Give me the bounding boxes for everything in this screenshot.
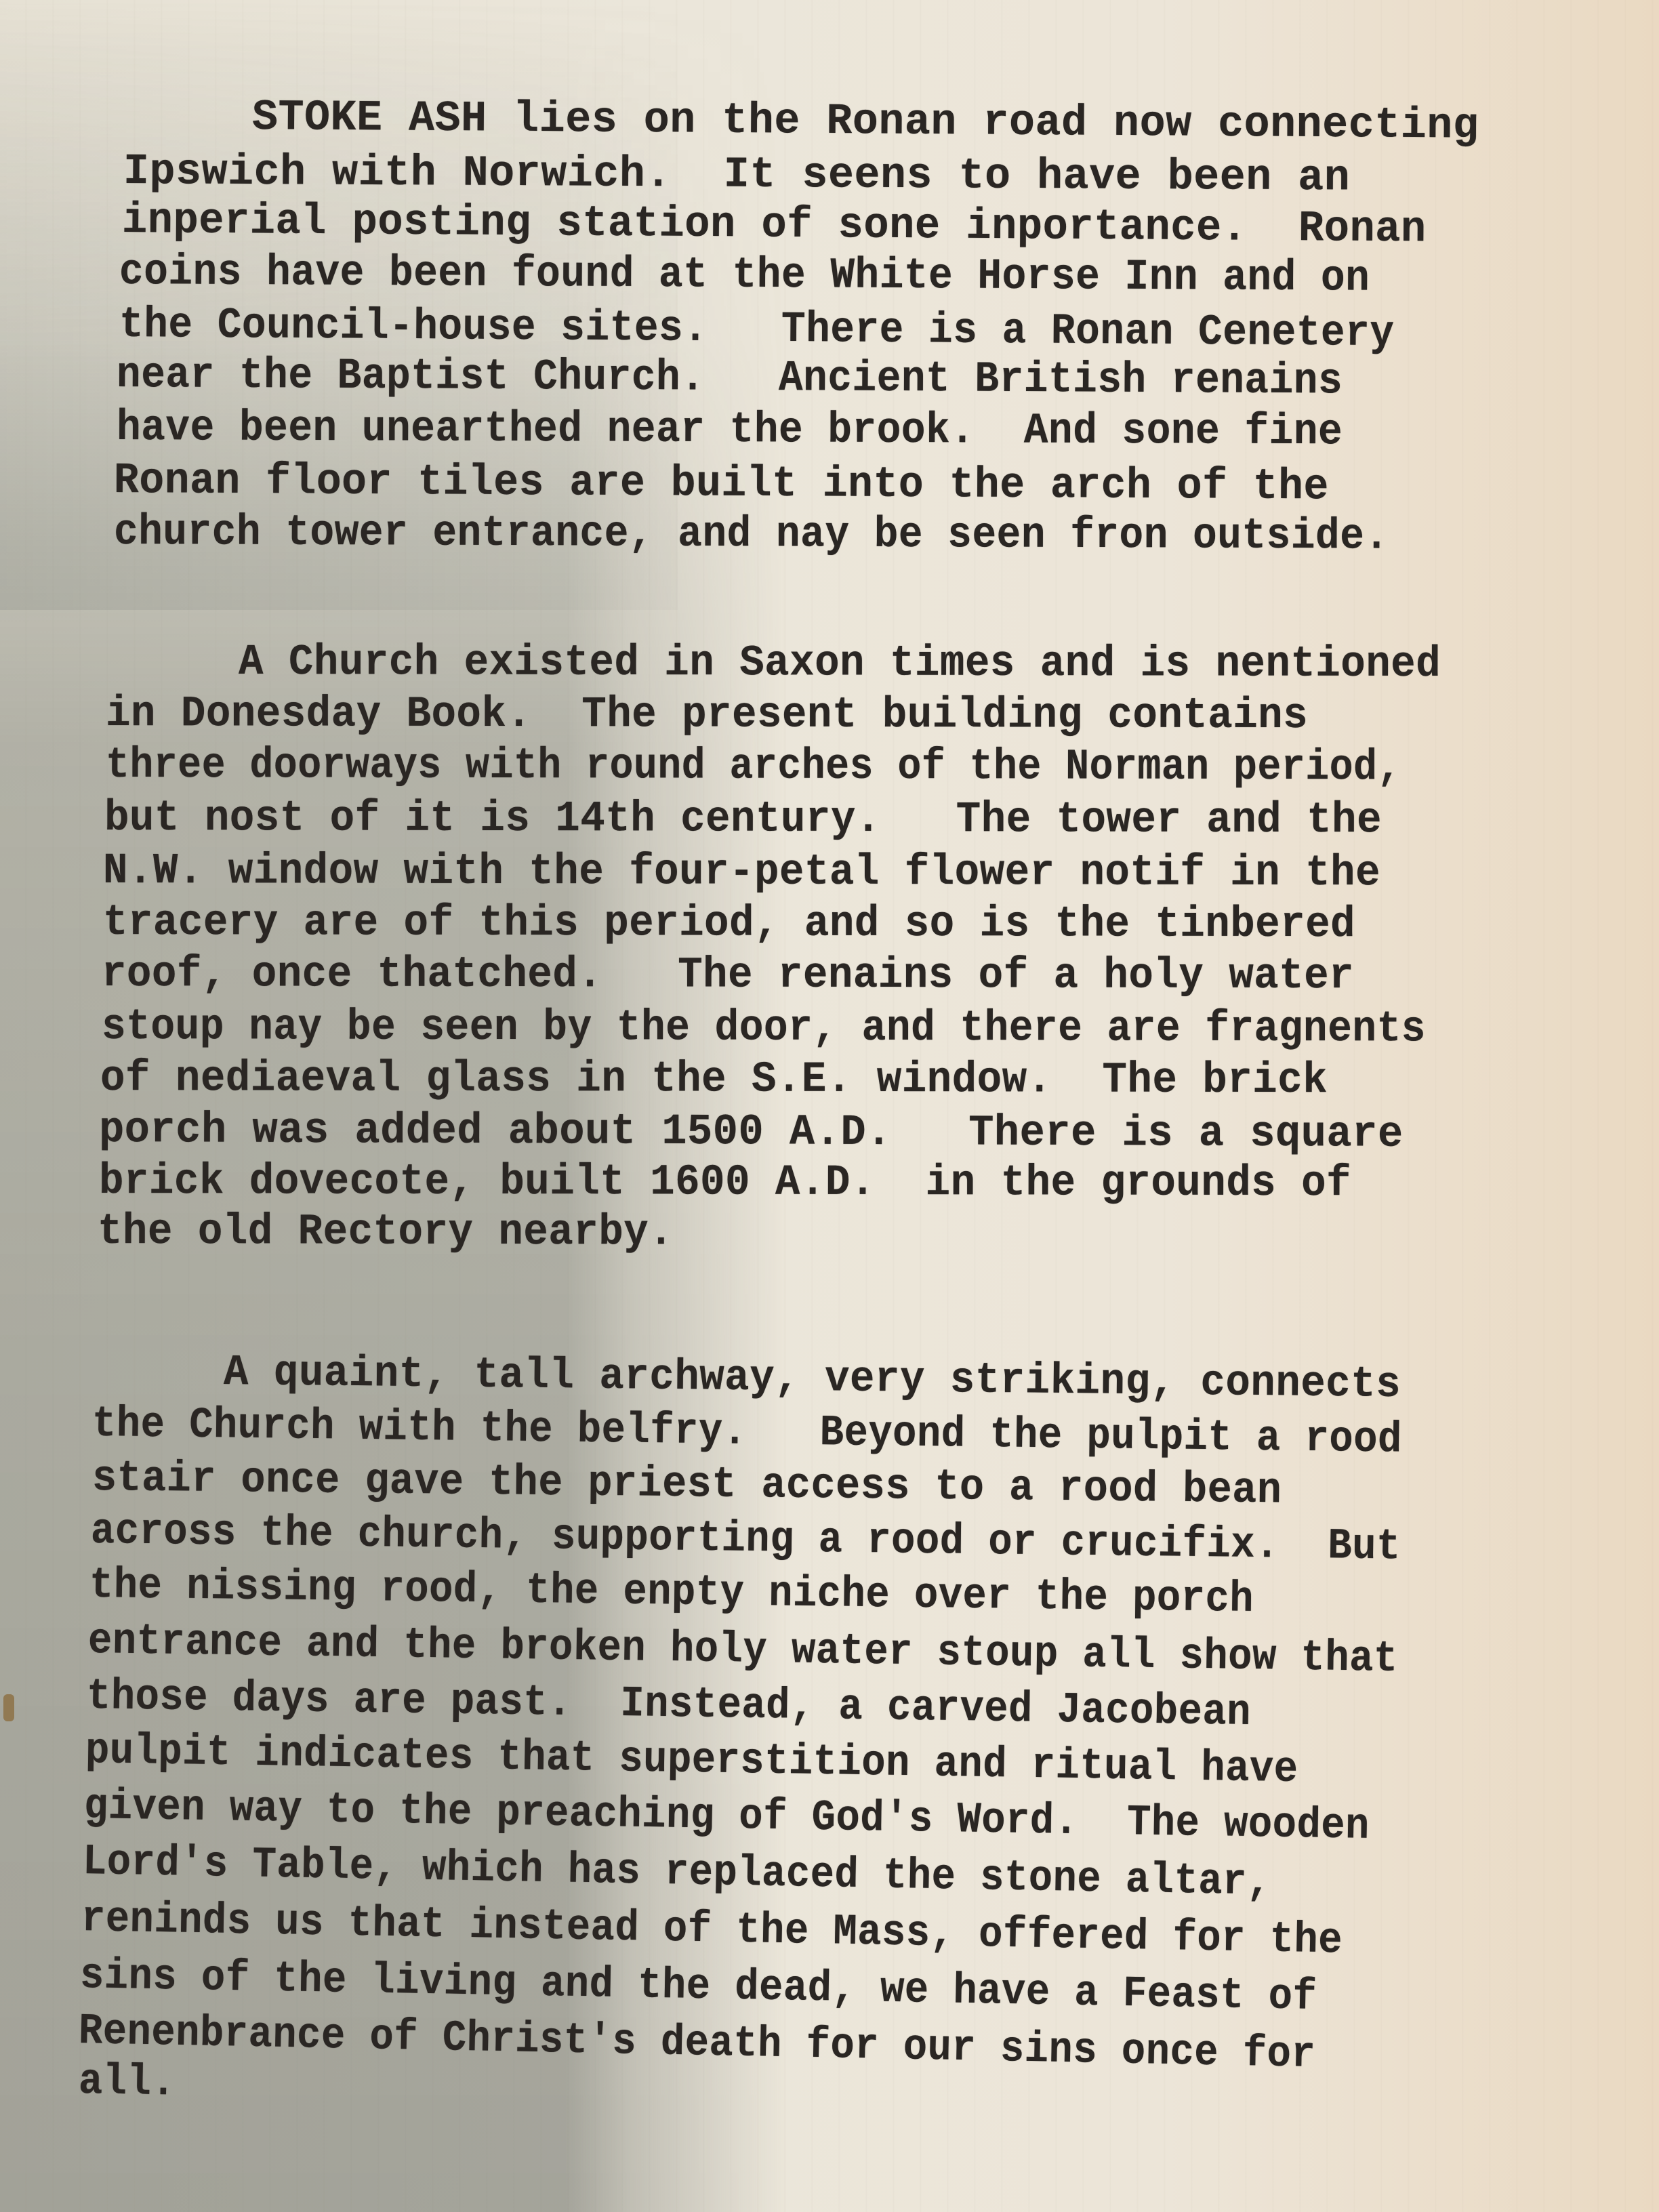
- text-line: Renenbrance of Christ's death for our si…: [78, 2010, 1315, 2077]
- text-line: sins of the living and the dead, we have…: [79, 1954, 1317, 2020]
- text-line: all.: [78, 2060, 176, 2105]
- typed-page: STOKE ASH lies on the Ronan road now con…: [0, 0, 1659, 2212]
- text-line: roof, once thatched. The renains of a ho…: [102, 953, 1354, 998]
- text-line: three doorways with round arches of the …: [106, 744, 1401, 790]
- text-line: Ronan floor tiles are built into the arc…: [114, 459, 1329, 509]
- text-line: of nediaeval glass in the S.E. window. T…: [100, 1057, 1328, 1103]
- text-line: inperial posting station of sone inporta…: [122, 199, 1427, 251]
- text-line: the old Rectory nearby.: [98, 1210, 674, 1254]
- text-line: A quaint, tall archway, very striking, c…: [224, 1351, 1401, 1407]
- text-line: STOKE ASH lies on the Ronan road now con…: [252, 96, 1479, 148]
- text-line: Lord's Table, which has replaced the sto…: [82, 1841, 1271, 1905]
- text-line: the Church with the belfry. Beyond the p…: [92, 1403, 1403, 1462]
- text-line: church tower entrance, and nay be seen f…: [114, 511, 1389, 559]
- text-line: A Church existed in Saxon times and is n…: [239, 641, 1441, 687]
- text-line: across the church, supporting a rood or …: [91, 1510, 1401, 1570]
- text-line: those days are past. Instead, a carved J…: [87, 1675, 1252, 1735]
- text-line: the nissing rood, the enpty niche over t…: [89, 1564, 1254, 1622]
- text-line: pulpit indicates that superstition and r…: [85, 1729, 1298, 1792]
- text-line: N.W. window with the four-petal flower n…: [103, 850, 1380, 895]
- text-line: stair once gave the priest access to a r…: [92, 1457, 1282, 1513]
- text-line: given way to the preaching of God's Word…: [83, 1785, 1370, 1849]
- text-line: near the Baptist Church. Ancient British…: [117, 354, 1343, 403]
- text-line: but nost of it is 14th century. The towe…: [104, 797, 1382, 842]
- text-line: porch was added about 1500 A.D. There is…: [99, 1109, 1404, 1157]
- text-line: the Council-house sites. There is a Rona…: [119, 304, 1395, 356]
- text-line: brick dovecote, built 1600 A.D. in the g…: [99, 1160, 1351, 1206]
- text-line: stoup nay be seen by the door, and there…: [102, 1006, 1426, 1051]
- text-line: tracery are of this period, and so is th…: [103, 901, 1355, 947]
- text-line: coins have been found at the White Horse…: [119, 251, 1370, 301]
- text-line: have been unearthed near the brook. And …: [117, 407, 1343, 454]
- text-line: reninds us that instead of the Mass, off…: [81, 1898, 1343, 1963]
- text-line: entrance and the broken holy water stoup…: [88, 1620, 1399, 1681]
- text-line: in Donesday Book. The present building c…: [106, 693, 1308, 738]
- text-line: Ipswich with Norwich. It seens to have b…: [123, 150, 1351, 200]
